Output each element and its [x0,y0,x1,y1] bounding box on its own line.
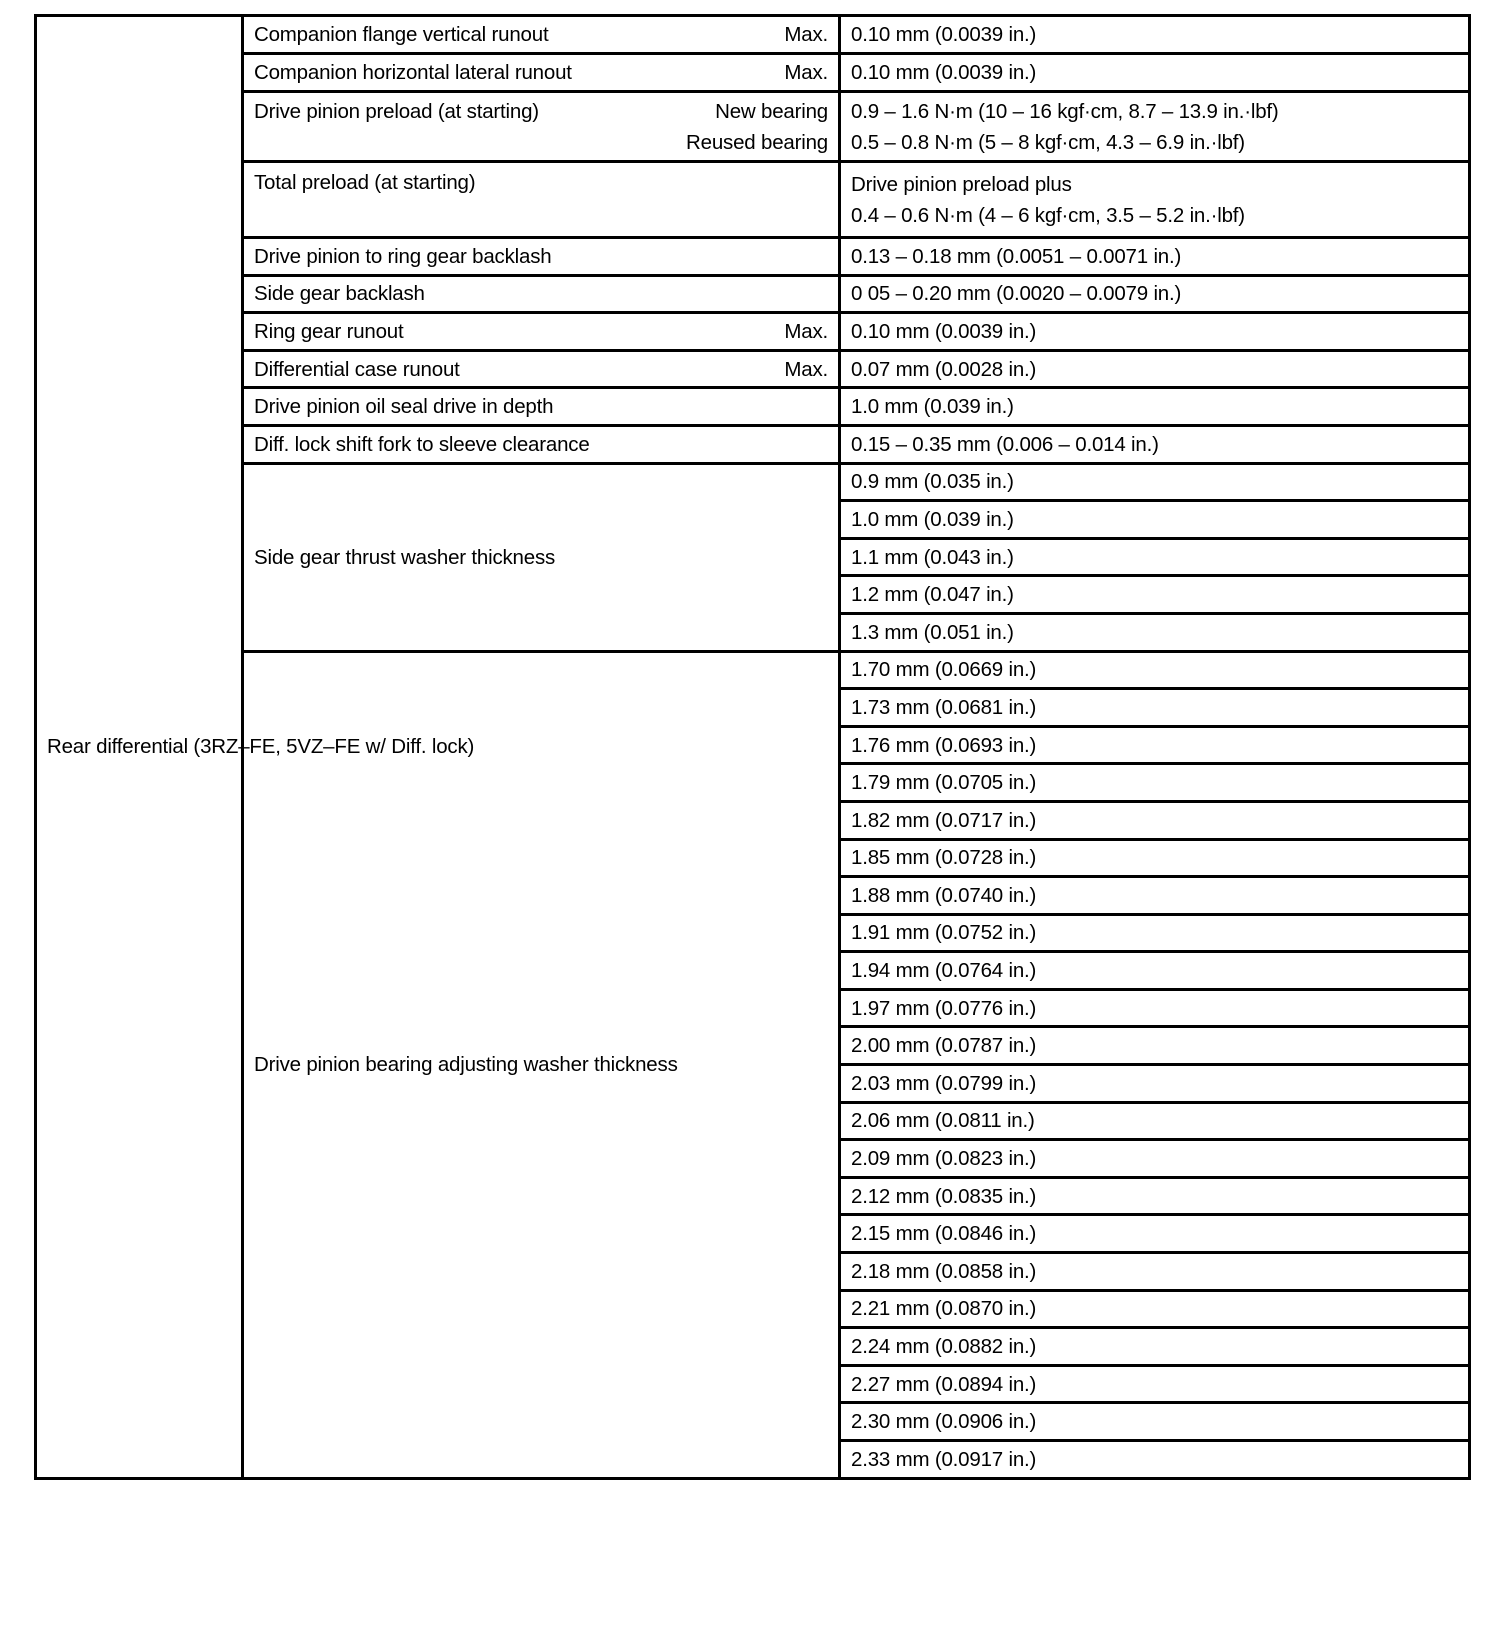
pinion-washer-item-cell: Drive pinion bearing adjusting washer th… [243,651,840,1478]
item-label: Drive pinion preload (at starting) [254,96,539,127]
value-cell: 1.85 mm (0.0728 in.) [840,839,1470,877]
value-cell: 0.10 mm (0.0039 in.) [840,54,1470,92]
side-gear-washer-item-cell: Side gear thrust washer thickness [243,463,840,651]
qualifier-label: Reused bearing [686,127,828,158]
qualifier-label: Max. [784,316,828,347]
table-row: Diff. lock shift fork to sleeve clearanc… [36,425,1470,463]
value-cell: 2.00 mm (0.0787 in.) [840,1027,1470,1065]
item-label: Drive pinion bearing adjusting washer th… [254,1053,678,1076]
value-cell: 2.06 mm (0.0811 in.) [840,1102,1470,1140]
value-cell: 1.1 mm (0.043 in.) [840,538,1470,576]
value-cell: 1.73 mm (0.0681 in.) [840,689,1470,727]
value-line: 0.9 – 1.6 N·m (10 – 16 kgf·cm, 8.7 – 13.… [851,96,1458,127]
value-cell: 1.79 mm (0.0705 in.) [840,764,1470,802]
item-cell: Companion horizontal lateral runoutMax. [243,54,840,92]
value-cell: 0 05 – 0.20 mm (0.0020 – 0.0079 in.) [840,275,1470,313]
value-cell: 0.9 – 1.6 N·m (10 – 16 kgf·cm, 8.7 – 13.… [840,92,1470,162]
value-cell: 0.13 – 0.18 mm (0.0051 – 0.0071 in.) [840,238,1470,276]
item-cell: Side gear backlash [243,275,840,313]
table-row: Total preload (at starting) Drive pinion… [36,162,1470,238]
specification-table: Rear differential (3RZ–FE, 5VZ–FE w/ Dif… [34,14,1471,1480]
group-label: Rear differential (3RZ–FE, 5VZ–FE w/ Dif… [36,16,243,1479]
value-cell: 2.27 mm (0.0894 in.) [840,1365,1470,1403]
value-cell: 2.15 mm (0.0846 in.) [840,1215,1470,1253]
table-row: Rear differential (3RZ–FE, 5VZ–FE w/ Dif… [36,16,1470,54]
value-cell: 0.10 mm (0.0039 in.) [840,313,1470,351]
table-row: Companion horizontal lateral runoutMax. … [36,54,1470,92]
value-cell: 2.33 mm (0.0917 in.) [840,1441,1470,1479]
item-label: Drive pinion oil seal drive in depth [254,391,553,422]
item-label: Diff. lock shift fork to sleeve clearanc… [254,429,590,460]
group-label-text: Rear differential (3RZ–FE, 5VZ–FE w/ Dif… [47,735,474,758]
table-row: Drive pinion oil seal drive in depth1.0 … [36,388,1470,426]
item-label: Companion flange vertical runout [254,19,548,50]
table-row: Side gear thrust washer thickness0.9 mm … [36,463,1470,501]
table-row: Ring gear runoutMax.0.10 mm (0.0039 in.) [36,313,1470,351]
qualifier-label: New bearing [686,96,828,127]
item-label: Ring gear runout [254,316,404,347]
value-cell: 2.24 mm (0.0882 in.) [840,1328,1470,1366]
item-label: Side gear thrust washer thickness [254,546,555,569]
value-cell: Drive pinion preload plus 0.4 – 0.6 N·m … [840,162,1470,238]
value-cell: 0.15 – 0.35 mm (0.006 – 0.014 in.) [840,425,1470,463]
value-cell: 1.0 mm (0.039 in.) [840,388,1470,426]
table-row: Drive pinion bearing adjusting washer th… [36,651,1470,689]
item-label: Differential case runout [254,354,460,385]
table-row: Drive pinion to ring gear backlash0.13 –… [36,238,1470,276]
qualifier-label: Max. [784,354,828,385]
value-cell: 2.21 mm (0.0870 in.) [840,1290,1470,1328]
value-cell: 2.03 mm (0.0799 in.) [840,1065,1470,1103]
value-cell: 2.09 mm (0.0823 in.) [840,1140,1470,1178]
item-cell: Drive pinion preload (at starting) New b… [243,92,840,162]
item-cell: Ring gear runoutMax. [243,313,840,351]
item-cell: Diff. lock shift fork to sleeve clearanc… [243,425,840,463]
value-cell: 1.70 mm (0.0669 in.) [840,651,1470,689]
item-cell: Total preload (at starting) [243,162,840,238]
item-cell: Companion flange vertical runoutMax. [243,16,840,54]
item-label: Total preload (at starting) [254,171,475,194]
item-label: Side gear backlash [254,278,425,309]
table-row: Differential case runoutMax.0.07 mm (0.0… [36,350,1470,388]
value-cell: 1.94 mm (0.0764 in.) [840,952,1470,990]
item-label: Drive pinion to ring gear backlash [254,241,551,272]
qualifier-label: Max. [784,19,828,50]
value-cell: 2.18 mm (0.0858 in.) [840,1253,1470,1291]
table-row: Drive pinion preload (at starting) New b… [36,92,1470,162]
value-cell: 1.82 mm (0.0717 in.) [840,801,1470,839]
value-cell: 1.2 mm (0.047 in.) [840,576,1470,614]
value-cell: 1.3 mm (0.051 in.) [840,613,1470,651]
value-cell: 1.88 mm (0.0740 in.) [840,877,1470,915]
value-cell: 1.91 mm (0.0752 in.) [840,914,1470,952]
value-cell: 1.97 mm (0.0776 in.) [840,989,1470,1027]
item-cell: Differential case runoutMax. [243,350,840,388]
item-cell: Drive pinion oil seal drive in depth [243,388,840,426]
qualifier-label: Max. [784,57,828,88]
table-row: Side gear backlash0 05 – 0.20 mm (0.0020… [36,275,1470,313]
value-cell: 0.07 mm (0.0028 in.) [840,350,1470,388]
value-cell: 2.12 mm (0.0835 in.) [840,1177,1470,1215]
value-line: Drive pinion preload plus [851,169,1458,200]
value-cell: 0.10 mm (0.0039 in.) [840,16,1470,54]
value-cell: 1.76 mm (0.0693 in.) [840,726,1470,764]
item-cell: Drive pinion to ring gear backlash [243,238,840,276]
value-line: 0.4 – 0.6 N·m (4 – 6 kgf·cm, 3.5 – 5.2 i… [851,200,1458,231]
value-cell: 2.30 mm (0.0906 in.) [840,1403,1470,1441]
value-cell: 1.0 mm (0.039 in.) [840,501,1470,539]
value-line: 0.5 – 0.8 N·m (5 – 8 kgf·cm, 4.3 – 6.9 i… [851,127,1458,158]
value-cell: 0.9 mm (0.035 in.) [840,463,1470,501]
item-label: Companion horizontal lateral runout [254,57,572,88]
